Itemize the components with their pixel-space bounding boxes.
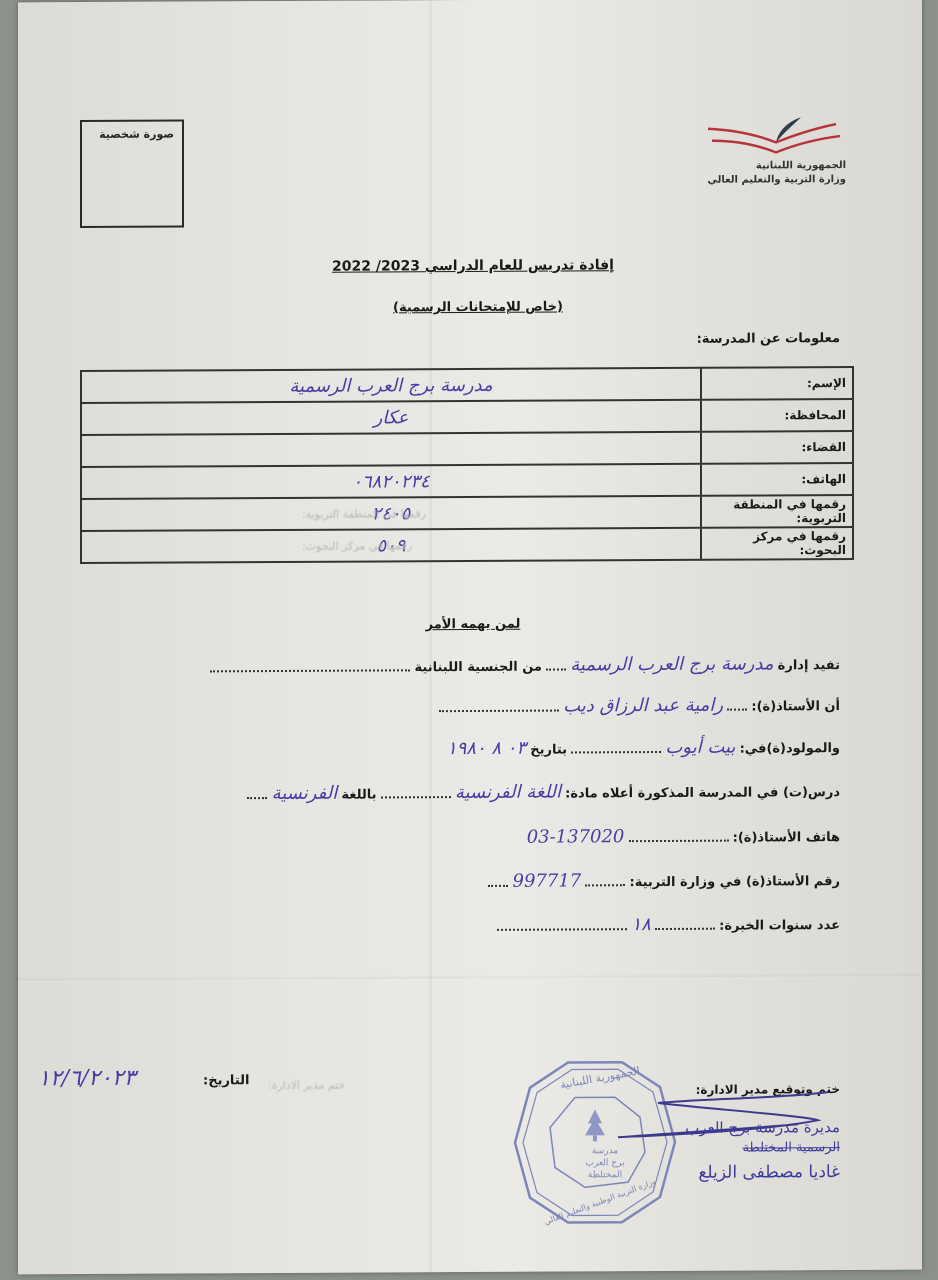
certificate-line-birth: والمولود(ة)في: بيت أيوب بتاريخ ٠٣ ٨ ١٩٨٠ — [447, 736, 840, 759]
photo-box-label: صورة شخصية — [99, 128, 174, 141]
table-row: القضاء: — [81, 431, 853, 467]
ghost-text: رقمها في مركز البحوث: — [302, 539, 412, 553]
paper-fold-vertical — [428, 0, 434, 1272]
book-feather-icon — [706, 114, 846, 160]
ghost-text: رقمها في المنطقة التربوية: — [302, 507, 426, 521]
document-title: إفادة تدريس للعام الدراسي 2023/ 2022 — [323, 257, 623, 275]
edu-zone-number-label: رقمها في المنطقة التربوية: — [701, 495, 853, 528]
experience-years-handwritten: ١٨ — [632, 914, 651, 935]
phone-label: الهاتف: — [701, 463, 853, 496]
birthplace-handwritten: بيت أيوب — [665, 737, 735, 758]
table-row: رقمها في مركز البحوث: ٥٠٩ رقمها في مركز … — [81, 527, 853, 563]
photo-box: صورة شخصية — [80, 119, 184, 228]
school-name-value: مدرسة برج العرب الرسمية — [81, 368, 701, 403]
school-info-table: مدرسة برج العرب الرسمية الإسم: عكار المح… — [80, 366, 854, 564]
birthdate-handwritten: ٠٣ ٨ ١٩٨٠ — [447, 738, 526, 759]
governorate-label: المحافظة: — [701, 399, 853, 432]
certificate-line-teacher: أن الأستاذ(ة): رامية عبد الرزاق ديب — [439, 694, 840, 717]
phone-value: ٠٦٨٢٠٢٣٤ — [81, 464, 701, 499]
document-subtitle: (خاص للإمتحانات الرسمية) — [348, 299, 608, 315]
table-row: عكار المحافظة: — [81, 399, 853, 435]
district-value — [81, 432, 701, 467]
school-name-label: الإسم: — [701, 367, 853, 400]
to-whom-heading: لمن يهمه الأمر — [403, 617, 543, 633]
subject-handwritten: اللغة الفرنسية — [455, 782, 561, 804]
table-row: رقمها في المنطقة التربوية: ٢٤٠٥ رقمها في… — [81, 495, 853, 531]
signature-line-2: الرسمية المختلطة — [742, 1140, 840, 1156]
document-page: صورة شخصية الجمهورية اللبنانية وزارة الت… — [18, 0, 922, 1274]
ministry-logo: الجمهورية اللبنانية وزارة التربية والتعل… — [706, 114, 846, 195]
paper-fold-horizontal — [18, 973, 922, 983]
teacher-name-handwritten: رامية عبد الرزاق ديب — [563, 695, 723, 717]
table-row: ٠٦٨٢٠٢٣٤ الهاتف: — [81, 463, 853, 499]
certificate-line-subject: درس(ت) في المدرسة المذكورة أعلاه مادة: ا… — [247, 780, 840, 804]
signature-line-1: مديرة مدرسة برج العرب — [685, 1118, 840, 1137]
date-value-handwritten: ١٢/٦/٢٠٢٣ — [38, 1066, 136, 1092]
ghost-text: ختم مدير الادارة: — [268, 1079, 345, 1092]
district-label: القضاء: — [701, 431, 853, 464]
governorate-value: عكار — [81, 400, 701, 435]
table-row: مدرسة برج العرب الرسمية الإسم: — [81, 367, 853, 403]
signature-line-3: غاديا مصطفى الزيلع — [698, 1162, 840, 1183]
ministry-line1: الجمهورية اللبنانية — [756, 160, 846, 171]
certificate-line-teacher-phone: هاتف الأستاذ(ة): 03-137020 — [527, 825, 840, 848]
ministry-line2: وزارة التربية والتعليم العالي — [708, 174, 846, 186]
certificate-line-teacher-number: رقم الأستاذ(ة) في وزارة التربية: 997717 — [488, 869, 840, 892]
certificate-line-administration: تفيد إدارة مدرسة برج العرب الرسمية من ال… — [210, 653, 840, 677]
school-info-label: معلومات عن المدرسة: — [697, 331, 840, 347]
certificate-line-experience: عدد سنوات الخبرة: ١٨ — [497, 913, 840, 936]
edu-zone-number-value: رقمها في المنطقة التربوية: ٢٤٠٥ — [81, 496, 701, 531]
research-center-number-value: رقمها في مركز البحوث: ٥٠٩ — [81, 528, 701, 563]
school-name-handwritten: مدرسة برج العرب الرسمية — [570, 653, 773, 675]
teacher-number-handwritten: 997717 — [513, 870, 582, 891]
teacher-phone-handwritten: 03-137020 — [527, 826, 625, 848]
date-label: التاريخ: — [203, 1073, 249, 1088]
language-handwritten: الفرنسية — [272, 783, 338, 804]
research-center-number-label: رقمها في مركز البحوث: — [701, 527, 853, 560]
